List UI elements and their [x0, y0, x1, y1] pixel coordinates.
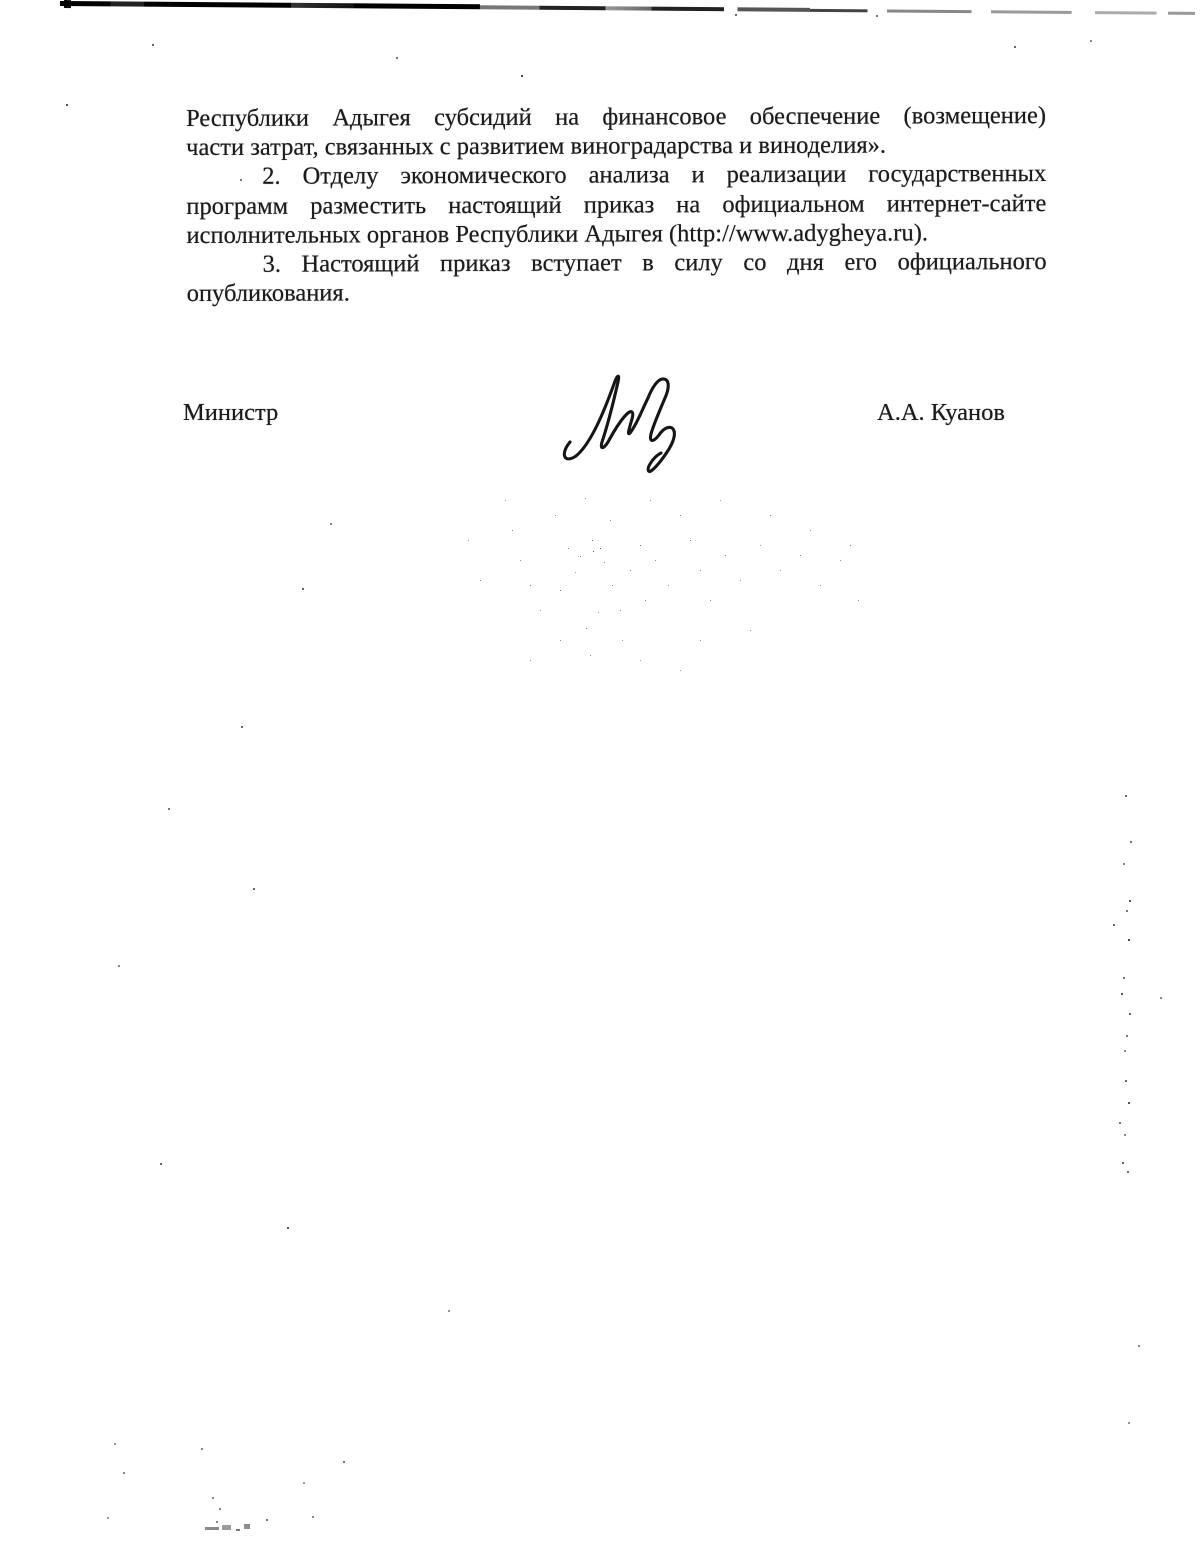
body-text-line: опубликования.	[187, 276, 1047, 308]
document-body: Республики Адыгея субсидий на финансовое…	[186, 101, 1047, 308]
body-text-line: 2. Отделу экономического анализа и реали…	[186, 159, 1046, 191]
body-text-line: 3. Настоящий приказ вступает в силу со д…	[187, 247, 1047, 279]
minister-title-label: Министр	[183, 399, 278, 427]
scan-edge-artifact	[60, 1, 1195, 18]
body-text-line: части затрат, связанных с развитием вино…	[186, 130, 1046, 162]
signer-name-label: А.А. Куанов	[877, 399, 1005, 427]
scan-edge-segment	[60, 1, 480, 9]
scan-edge-segment	[810, 9, 1195, 15]
scan-artifact-dash	[222, 1525, 231, 1530]
scan-artifact-dash	[205, 1527, 219, 1530]
scan-artifact-dash	[244, 1524, 250, 1529]
scan-artifact-dash	[236, 1529, 240, 1531]
handwritten-signature	[556, 366, 716, 474]
scan-noise-cluster	[0, 0, 1, 1]
body-text-line: программ разместить настоящий приказ на …	[186, 189, 1046, 221]
body-text-line: Республики Адыгея субсидий на финансовое…	[186, 101, 1046, 133]
scan-edge-segment	[480, 5, 810, 12]
scanned-document-page: Республики Адыгея субсидий на финансовое…	[0, 0, 1200, 1542]
body-text-line: исполнительных органов Республики Адыгея…	[186, 218, 1046, 250]
